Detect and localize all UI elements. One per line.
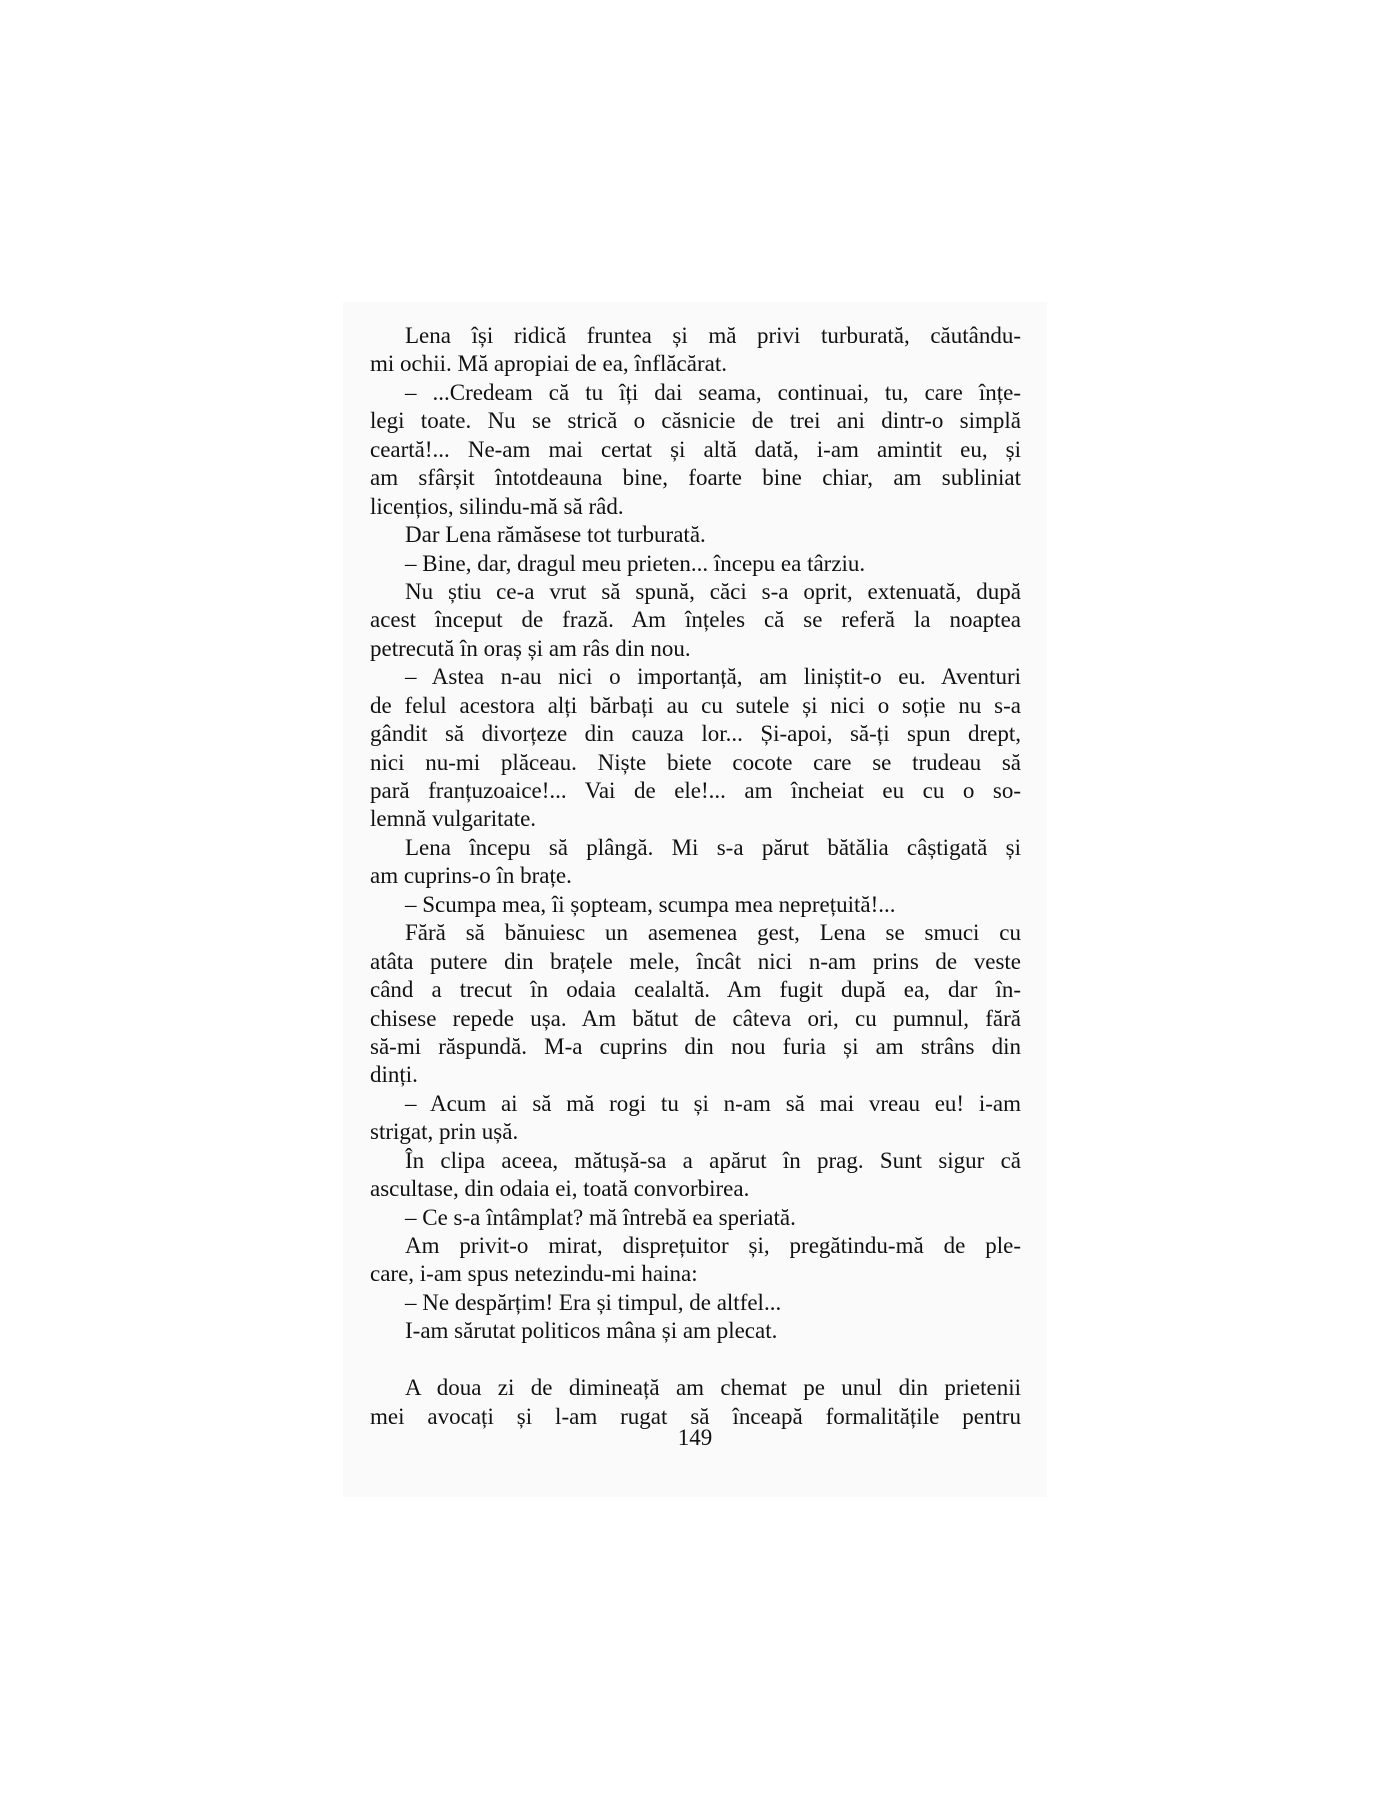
text-line: – Ne despărțim! Era și timpul, de altfel… — [370, 1289, 1021, 1317]
text-line: Lena începu să plângă. Mi s-a părut bătă… — [370, 834, 1021, 862]
text-line: mi ochii. Mă apropiai de ea, înflăcărat. — [370, 350, 1021, 378]
text-line: Am privit-o mirat, disprețuitor și, preg… — [370, 1232, 1021, 1260]
text-line: gândit să divorțeze din cauza lor... Și-… — [370, 720, 1021, 748]
text-line: licențios, silindu-mă să râd. — [370, 493, 1021, 521]
text-line: – Ce s-a întâmplat? mă întrebă ea speria… — [370, 1204, 1021, 1232]
text-line: să-mi răspundă. M-a cuprins din nou furi… — [370, 1033, 1021, 1061]
page-body-text: Lena își ridică fruntea și mă privi turb… — [370, 322, 1021, 1431]
text-line: acest început de frază. Am înțeles că se… — [370, 606, 1021, 634]
text-line: În clipa aceea, mătușă-sa a apărut în pr… — [370, 1147, 1021, 1175]
text-line: – Acum ai să mă rogi tu și n-am să mai v… — [370, 1090, 1021, 1118]
text-line: am cuprins-o în brațe. — [370, 862, 1021, 890]
text-line: când a trecut în odaia cealaltă. Am fugi… — [370, 976, 1021, 1004]
text-line: – ...Credeam că tu îți dai seama, contin… — [370, 379, 1021, 407]
text-line: I-am sărutat politicos mâna și am plecat… — [370, 1317, 1021, 1345]
page-number: 149 — [343, 1425, 1047, 1451]
text-line: Dar Lena rămăsese tot turburată. — [370, 521, 1021, 549]
text-line: lemnă vulgaritate. — [370, 805, 1021, 833]
text-line: petrecută în oraș și am râs din nou. — [370, 635, 1021, 663]
section-break — [370, 1346, 1021, 1374]
text-line: – Astea n-au nici o importanță, am liniș… — [370, 663, 1021, 691]
text-line: Lena își ridică fruntea și mă privi turb… — [370, 322, 1021, 350]
text-line: – Scumpa mea, îi șopteam, scumpa mea nep… — [370, 891, 1021, 919]
text-line: legi toate. Nu se strică o căsnicie de t… — [370, 407, 1021, 435]
text-line: de felul acestora alți bărbați au cu sut… — [370, 692, 1021, 720]
text-line: chisese repede ușa. Am bătut de câteva o… — [370, 1005, 1021, 1033]
text-line: ceartă!... Ne-am mai certat și altă dată… — [370, 436, 1021, 464]
text-line: Fără să bănuiesc un asemenea gest, Lena … — [370, 919, 1021, 947]
text-line: care, i-am spus netezindu-mi haina: — [370, 1260, 1021, 1288]
text-line: atâta putere din brațele mele, încât nic… — [370, 948, 1021, 976]
text-line: strigat, prin ușă. — [370, 1118, 1021, 1146]
text-line: am sfârșit întotdeauna bine, foarte bine… — [370, 464, 1021, 492]
text-line: dinți. — [370, 1061, 1021, 1089]
text-line: – Bine, dar, dragul meu prieten... încep… — [370, 550, 1021, 578]
text-line: pară franțuzoaice!... Vai de ele!... am … — [370, 777, 1021, 805]
text-line: A doua zi de dimineață am chemat pe unul… — [370, 1374, 1021, 1402]
text-line: Nu știu ce-a vrut să spună, căci s-a opr… — [370, 578, 1021, 606]
text-line: nici nu-mi plăceau. Niște biete cocote c… — [370, 749, 1021, 777]
text-line: ascultase, din odaia ei, toată convorbir… — [370, 1175, 1021, 1203]
